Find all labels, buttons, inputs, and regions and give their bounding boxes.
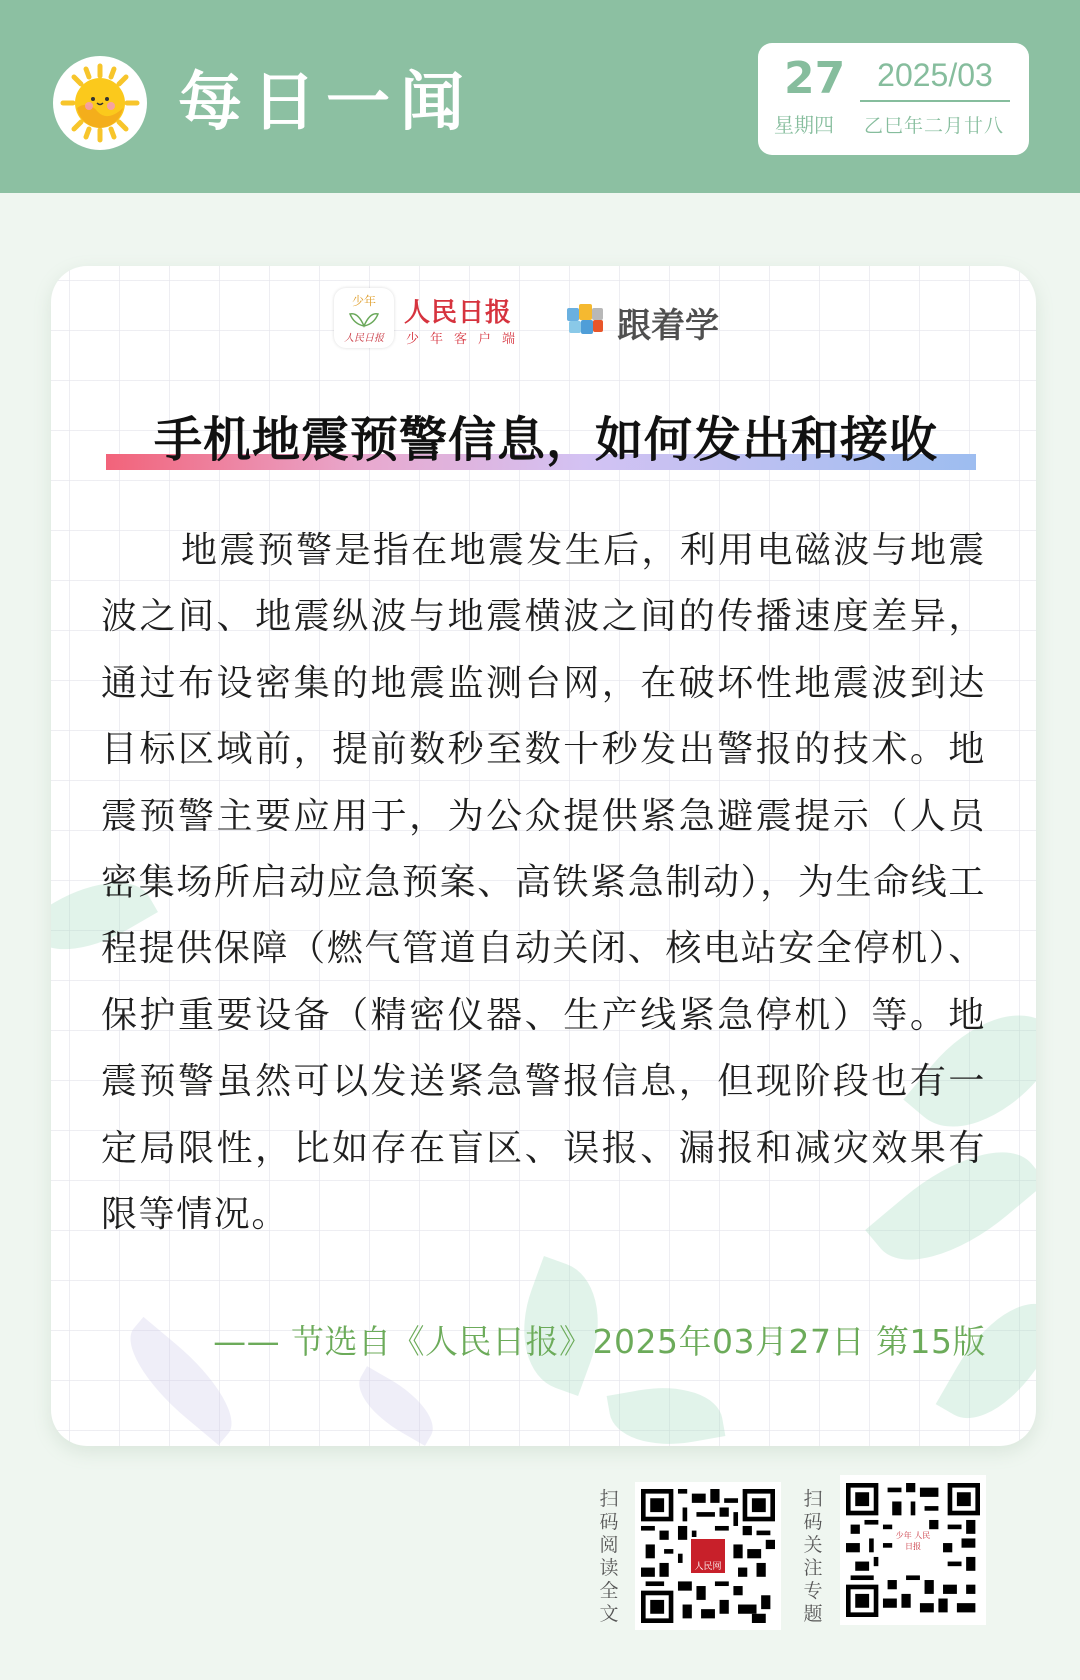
qr-label-read-full: 扫码阅读全文 — [597, 1488, 621, 1626]
renminwang-logo: 人民网 — [689, 1537, 727, 1575]
lunar-date: 乙巳年二月廿八 — [864, 111, 1004, 138]
leaf-decoration — [607, 1377, 726, 1446]
rmrb-logo-subtitle: 少年客户端 — [406, 328, 526, 347]
article-title: 手机地震预警信息，如何发出和接收 — [106, 408, 986, 472]
genzhexue-logo-name: 跟着学 — [617, 298, 719, 347]
year-month: 2025/03 — [860, 57, 1010, 102]
article-title-block: 手机地震预警信息，如何发出和接收 — [106, 408, 986, 478]
article-body: 地震预警是指在地震发生后，利用电磁波与地震波之间、地震纵波与地震横波之间的传播速… — [101, 518, 986, 1248]
weekday: 星期四 — [774, 109, 834, 138]
header: 每日一闻 27 星期四 2025/03 乙巳年二月廿八 — [0, 0, 1080, 193]
qr-label-follow-topic: 扫码关注专题 — [801, 1488, 825, 1626]
article-card: 少年 人民日报 人民日报 少年客户端 跟着学 手机地震预警信息，如何发出和接收 … — [51, 266, 1036, 1446]
rmrb-logo-name: 人民日报 — [404, 292, 512, 329]
leaf-decoration — [347, 1366, 445, 1446]
genzhexue-logo-icon — [565, 302, 605, 338]
date-card: 27 星期四 2025/03 乙巳年二月廿八 — [758, 43, 1029, 155]
app-title: 每日一闻 — [178, 58, 474, 148]
qr-code-follow-topic[interactable]: 少年 人民日报 — [840, 1475, 986, 1625]
logo-row: 少年 人民日报 人民日报 少年客户端 跟着学 — [51, 286, 1036, 356]
sprout-icon — [348, 308, 380, 328]
article-source: —— 节选自《人民日报》2025年03月27日 第15版 — [51, 1316, 986, 1363]
sun-icon — [53, 56, 147, 150]
shaonian-app-logo: 少年 人民日报 — [893, 1530, 933, 1570]
shaonian-app-icon: 少年 人民日报 — [334, 288, 394, 348]
qr-code-read-full[interactable]: 人民网 — [635, 1482, 781, 1630]
day-number: 27 — [784, 53, 844, 104]
